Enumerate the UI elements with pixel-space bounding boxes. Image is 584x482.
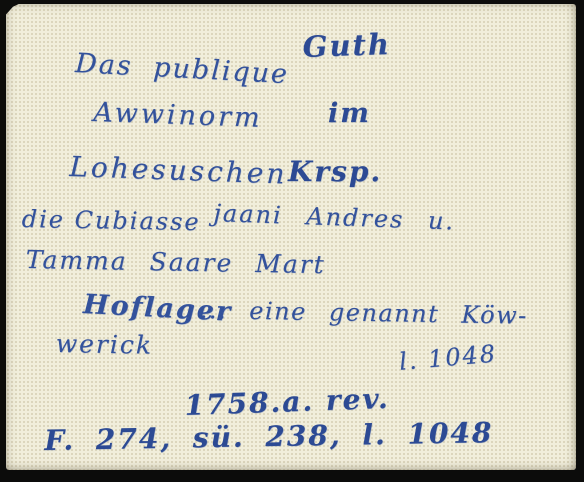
handwriting-guth: Guth bbox=[302, 27, 391, 64]
handwriting-krsp: Krsp. bbox=[288, 155, 382, 188]
handwriting-awwinorm: Awwinorm bbox=[93, 97, 263, 134]
handwriting-werick: werick bbox=[55, 329, 153, 360]
handwriting-eine-genannt-koew: ... eine genannt Köw- bbox=[200, 296, 529, 330]
scan-background: Das publique Guth Awwinorm im Lohesusche… bbox=[0, 0, 584, 482]
handwriting-tamma-saare-mart: Tamma Saare Mart bbox=[25, 245, 325, 279]
handwriting-im: im bbox=[328, 98, 371, 129]
handwriting-die-cubiasse: die Cubiasse bbox=[22, 205, 201, 236]
